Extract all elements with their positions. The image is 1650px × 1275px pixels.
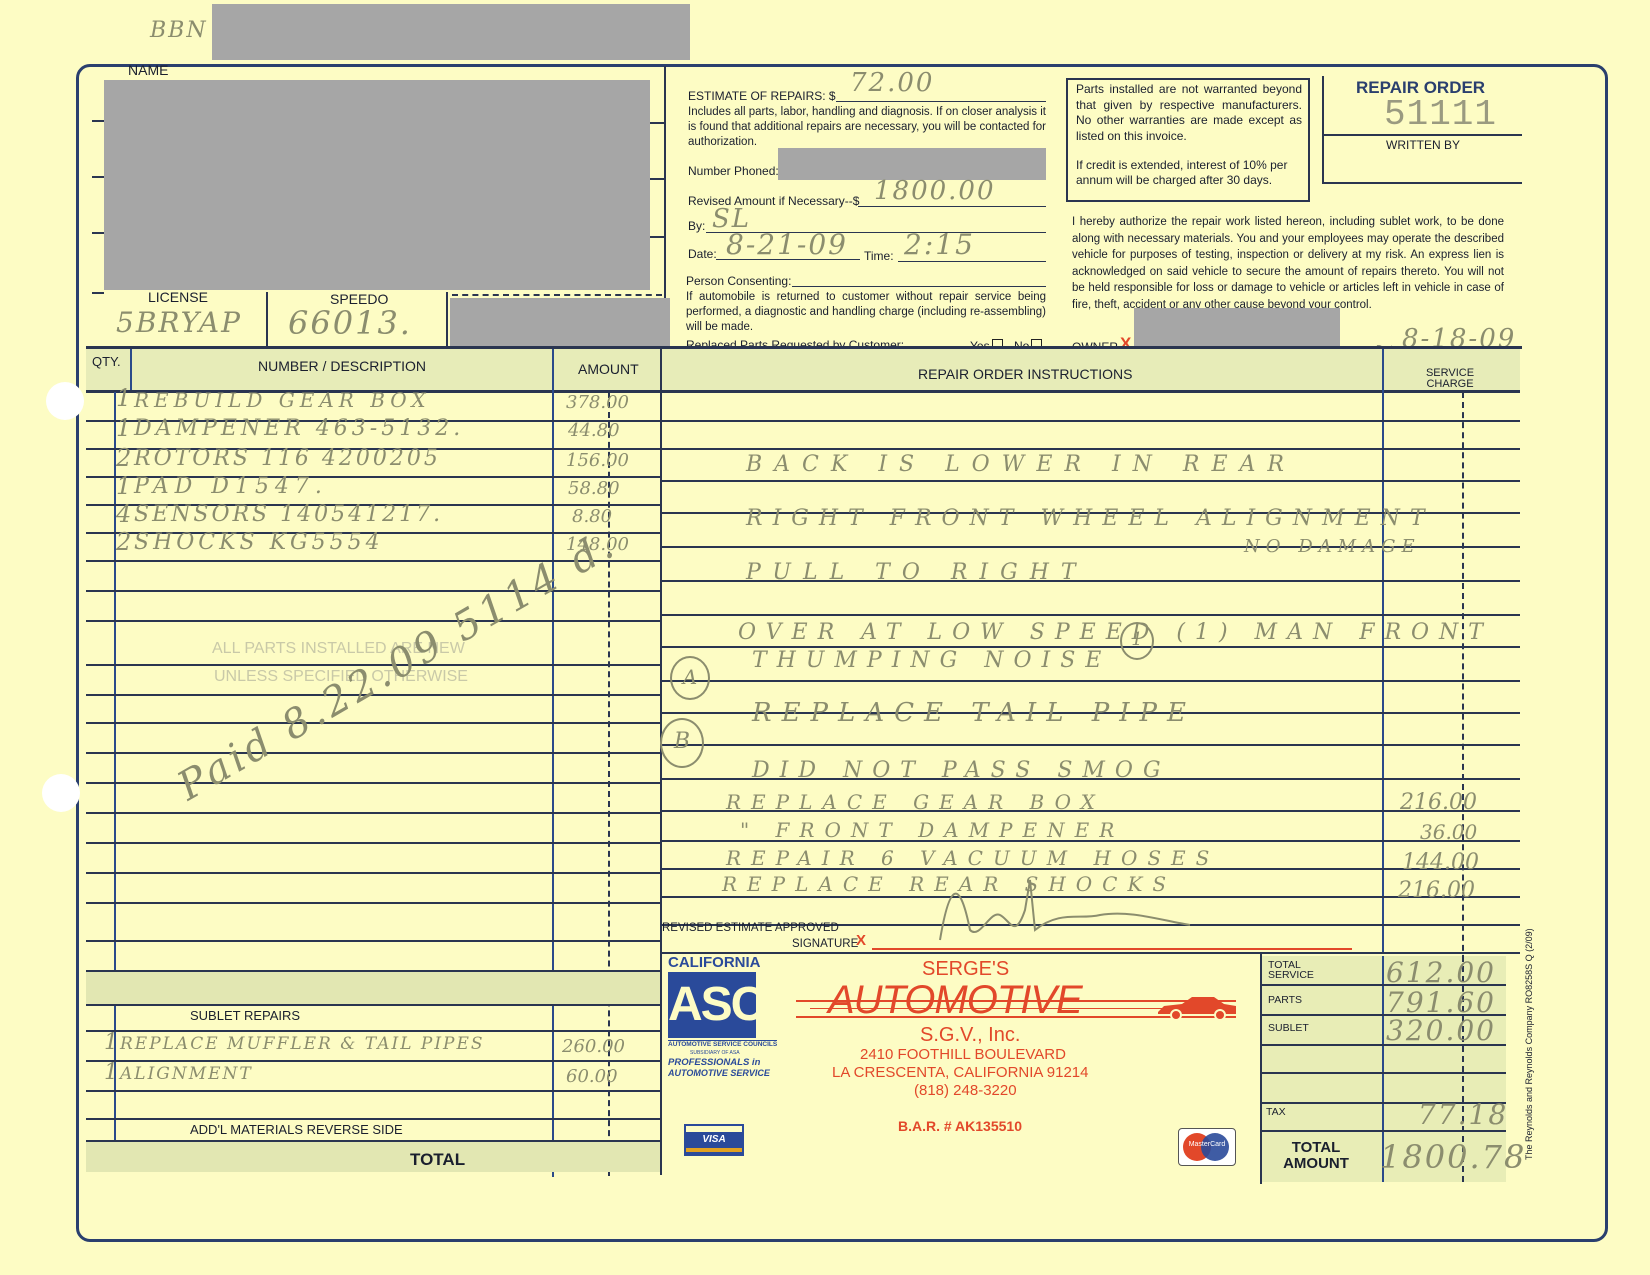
- shop-phone: (818) 248-3220: [914, 1082, 1017, 1099]
- sublet-qty: 1: [104, 1030, 120, 1055]
- sublet-amount: 60.00: [566, 1066, 618, 1087]
- sublet-band: [86, 972, 660, 1004]
- time-label: Time:: [864, 248, 894, 264]
- speedo-value: 66013.: [288, 304, 412, 342]
- qty-header: QTY.: [92, 354, 121, 369]
- total-amount-label: TOTAL AMOUNT: [1276, 1140, 1356, 1172]
- asc-subsidiary: SUBSIDIARY OF ASA: [690, 1050, 740, 1056]
- sublet-description: ALIGNMENT: [120, 1064, 253, 1084]
- warranty-text: Parts installed are not warranted beyond…: [1076, 82, 1302, 144]
- service-charge: 36.00: [1420, 820, 1477, 844]
- name-label: NAME: [128, 62, 168, 78]
- return-notice: If automobile is returned to customer wi…: [686, 290, 1046, 335]
- parts-qty: 1: [116, 414, 133, 442]
- shop-address-2: LA CRESCENTA, CALIFORNIA 91214: [832, 1064, 1089, 1081]
- sublet-qty: 1: [104, 1060, 120, 1085]
- printer-imprint: The Reynolds and Reynolds Company RO8258…: [1524, 928, 1534, 1160]
- shop-address-1: 2410 FOOTHILL BOULEVARD: [860, 1046, 1066, 1063]
- parts-amount: 58.80: [568, 478, 620, 499]
- phone-bus-redacted: [450, 298, 670, 348]
- written-by-label: WRITTEN BY: [1386, 138, 1460, 152]
- total-service-label: TOTAL SERVICE: [1268, 960, 1328, 980]
- total-band: [86, 1142, 660, 1172]
- instruction-line: " FRONT DAMPENER: [740, 818, 1124, 842]
- sublet-repairs-label: SUBLET REPAIRS: [190, 1008, 300, 1023]
- revised-estimate-label: REVISED ESTIMATE APPROVED: [662, 922, 839, 934]
- license-label: LICENSE: [148, 289, 208, 305]
- circled-b-marker: B: [660, 718, 704, 768]
- parts-description: SENSORS 140541217.: [134, 502, 443, 527]
- tax-value: 77.18: [1418, 1098, 1508, 1131]
- service-charge: 216.00: [1400, 790, 1477, 815]
- date-label: Date:: [688, 246, 717, 262]
- revised-amount-value: 1800.00: [874, 176, 996, 206]
- parts-qty: 2: [116, 444, 133, 472]
- parts-amount: 156.00: [566, 450, 629, 471]
- materials-label: ADD'L MATERIALS REVERSE SIDE: [190, 1122, 403, 1137]
- instruction-line: BACK IS LOWER IN REAR: [746, 452, 1296, 477]
- repair-order-number: 51111: [1384, 94, 1497, 135]
- instruction-line: PULL TO RIGHT: [746, 560, 1088, 585]
- instruction-line: NO DAMAGE: [1244, 536, 1421, 557]
- total-amount-value: 1800.78: [1380, 1138, 1526, 1176]
- sublet-total-label: SUBLET: [1268, 1022, 1309, 1034]
- license-value: 5BRYAP: [116, 306, 242, 339]
- estimate-disclaimer: Includes all parts, labor, handling and …: [688, 105, 1046, 150]
- customer-signature-scribble: [930, 870, 1290, 950]
- circled-1-marker: 1: [1120, 622, 1154, 660]
- mastercard-logo: MasterCard: [1178, 1128, 1236, 1166]
- binder-hole: [42, 774, 80, 812]
- parts-description: DAMPENER 463-5132.: [134, 416, 464, 441]
- signature-x-mark: X: [856, 932, 866, 949]
- total-service-value: 612.00: [1386, 956, 1496, 989]
- service-charge-header: SERVICE CHARGE: [1420, 368, 1480, 390]
- number-phoned-label: Number Phoned:: [688, 163, 779, 179]
- visa-logo: VISA: [684, 1124, 744, 1156]
- by-label: By:: [688, 218, 705, 234]
- asc-tagline-1: PROFESSIONALS in: [668, 1057, 760, 1068]
- parts-qty: 2: [116, 528, 133, 556]
- parts-qty: 1: [116, 472, 133, 500]
- asc-tagline-2: AUTOMOTIVE SERVICE: [668, 1068, 770, 1078]
- parts-description: REBUILD GEAR BOX: [134, 388, 431, 412]
- asc-state: CALIFORNIA: [668, 954, 761, 971]
- parts-label: PARTS: [1268, 994, 1302, 1006]
- sublet-description: REPLACE MUFFLER & TAIL PIPES: [120, 1034, 485, 1054]
- bar-number: B.A.R. # AK135510: [898, 1118, 1022, 1134]
- customer-name-redacted: [104, 80, 650, 290]
- initials: BBN: [150, 18, 208, 43]
- parts-description: ROTORS 116 4200205: [134, 446, 441, 471]
- total-label: TOTAL: [410, 1150, 465, 1170]
- instruction-line: DID NOT PASS SMOG: [752, 758, 1171, 783]
- car-icon: [1156, 994, 1238, 1022]
- parts-amount: 8.80: [572, 506, 612, 527]
- estimate-date-value: 8-21-09: [726, 228, 848, 261]
- time-value: 2:15: [904, 228, 975, 261]
- credit-terms: If credit is extended, interest of 10% p…: [1076, 158, 1302, 188]
- parts-description: PAD D1547.: [134, 474, 328, 499]
- instructions-header: REPAIR ORDER INSTRUCTIONS: [918, 366, 1132, 382]
- instruction-line: REPLACE TAIL PIPE: [752, 698, 1196, 728]
- person-consenting-label: Person Consenting:: [686, 273, 791, 289]
- asc-logo: ASC: [668, 972, 756, 1038]
- amount-header: AMOUNT: [578, 361, 639, 377]
- shop-name-main: AUTOMOTIVE: [828, 978, 1082, 1023]
- parts-qty: 4: [116, 500, 133, 528]
- instruction-line: THUMPING NOISE: [752, 648, 1111, 673]
- instruction-line: RIGHT FRONT WHEEL ALIGNMENT: [746, 506, 1435, 531]
- signature-label: SIGNATURE: [792, 938, 858, 950]
- parts-qty: 1: [116, 384, 133, 412]
- shop-company: S.G.V., Inc.: [920, 1024, 1020, 1047]
- asc-subtitle: AUTOMOTIVE SERVICE COUNCILS: [668, 1040, 777, 1048]
- sublet-amount: 260.00: [562, 1036, 625, 1057]
- sublet-total-value: 320.00: [1386, 1014, 1496, 1047]
- service-charge: 216.00: [1398, 878, 1475, 903]
- tax-label: TAX: [1266, 1106, 1286, 1118]
- instruction-line: OVER AT LOW SPEED (1) MAN FRONT: [738, 620, 1493, 645]
- circled-a-marker: A: [670, 656, 710, 700]
- instruction-line: REPLACE GEAR BOX: [726, 790, 1105, 814]
- parts-amount: 378.00: [566, 392, 629, 413]
- estimate-label: ESTIMATE OF REPAIRS: $: [688, 88, 836, 104]
- service-charge: 144.00: [1402, 850, 1479, 875]
- parts-amount: 44.80: [568, 420, 620, 441]
- binder-hole: [46, 382, 84, 420]
- description-header: NUMBER / DESCRIPTION: [258, 358, 426, 374]
- parts-description: SHOCKS KG5554: [134, 530, 384, 555]
- estimate-value: 72.00: [850, 68, 934, 98]
- instruction-line: REPAIR 6 VACUUM HOSES: [726, 846, 1219, 870]
- authorization-text: I hereby authorize the repair work liste…: [1072, 214, 1504, 313]
- redacted-header: [212, 4, 690, 60]
